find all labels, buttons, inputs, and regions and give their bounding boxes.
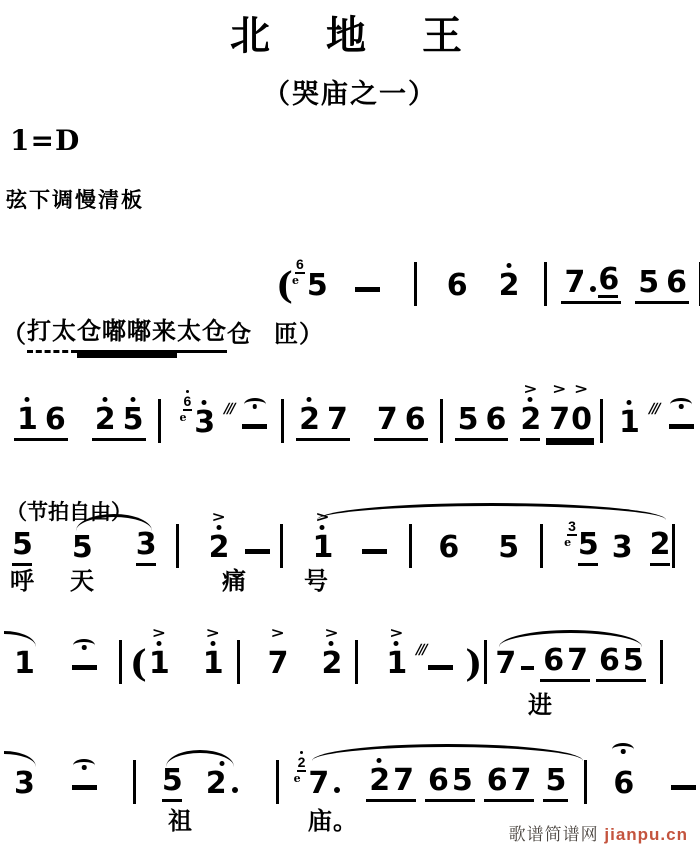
note-digit: 7 xyxy=(308,769,328,799)
grace-digit: 6 xyxy=(183,394,193,411)
note: 2> xyxy=(209,533,229,566)
note-digit: 5 xyxy=(498,533,518,563)
beam-group: 76 xyxy=(374,405,428,441)
dash-rest xyxy=(242,424,267,429)
octave-dot xyxy=(210,641,215,646)
beam-group: 65 xyxy=(596,646,646,682)
beam-group: 56 xyxy=(455,405,509,441)
barline xyxy=(119,640,122,684)
note-digit: 2 xyxy=(499,271,519,301)
slur-arc xyxy=(317,503,666,520)
note: 2 xyxy=(299,405,319,435)
barline xyxy=(409,524,412,568)
beam-group: 56 xyxy=(635,268,689,304)
octave-dot xyxy=(329,641,334,646)
note-digit: 5 xyxy=(638,268,658,298)
octave-dot xyxy=(307,397,312,402)
note-digit: 6 xyxy=(447,271,467,301)
lyric-syllable: 祖 xyxy=(168,810,193,834)
note: 1>/// xyxy=(386,649,406,682)
note-digit: 7 xyxy=(567,646,587,676)
percussion-segment: （ xyxy=(2,321,27,353)
octave-dot xyxy=(626,400,631,405)
note-digit: 3 xyxy=(194,408,214,438)
note: 6 xyxy=(438,533,458,566)
note-digit: 5 xyxy=(452,766,472,796)
note: 2 xyxy=(95,405,115,435)
octave-dot xyxy=(156,641,161,646)
barline xyxy=(600,399,603,443)
slur-arc xyxy=(312,744,583,761)
note-digit: 5 xyxy=(458,405,478,435)
page-subtitle: （哭庙之一） xyxy=(0,72,700,111)
hyphen xyxy=(521,666,534,671)
note: 7> xyxy=(268,649,288,682)
note: 1 xyxy=(17,405,37,435)
beam-group: 67 xyxy=(540,646,590,682)
music-line: 16256e3///2776562>7>0>1/// xyxy=(14,393,700,441)
score-page: { "header": { "title": "北 地 王", "subtitl… xyxy=(0,0,700,854)
dash-rest xyxy=(72,785,97,790)
beam-group: 5 xyxy=(543,766,569,802)
note: 7 xyxy=(495,649,515,682)
note-digit: 5 xyxy=(72,533,92,563)
note: 2 xyxy=(650,530,670,566)
note: 6 xyxy=(486,405,506,435)
octave-dot xyxy=(394,641,399,646)
octave-dot xyxy=(130,397,135,402)
barline xyxy=(672,524,675,568)
note-digit: 2 xyxy=(520,405,540,435)
note: 7 xyxy=(377,405,397,435)
grace-digit: 3 xyxy=(567,519,577,536)
note: 1 xyxy=(14,649,34,682)
accent-mark: > xyxy=(552,382,566,396)
note-digit: 2 xyxy=(299,405,319,435)
percussion-line: （打太仓嘟嘟来太仓仓匝） xyxy=(2,318,324,353)
accent-mark: > xyxy=(523,382,537,396)
beam-group: 25 xyxy=(92,405,146,441)
tremolo-mark: /// xyxy=(414,643,426,657)
augmentation-dot xyxy=(334,787,340,793)
note-digit: 2 xyxy=(650,530,670,560)
note-digit: 6 xyxy=(598,265,618,295)
beam-group: 65 xyxy=(425,766,475,802)
dash-rest xyxy=(428,665,453,670)
octave-dot xyxy=(320,525,325,530)
note: 5 xyxy=(638,268,658,298)
note: 7 xyxy=(564,268,596,298)
barline xyxy=(584,760,587,804)
fermata xyxy=(670,398,692,411)
percussion-segment: 太仓 xyxy=(177,318,227,353)
parenthesis: ( xyxy=(276,268,293,304)
note-digit: 7 xyxy=(327,405,347,435)
note-digit: 6 xyxy=(666,268,686,298)
barline xyxy=(484,640,487,684)
note: 6 xyxy=(45,405,65,435)
note: 2> xyxy=(322,649,342,682)
note-digit: 7 xyxy=(377,405,397,435)
note: 1/// xyxy=(619,408,639,441)
grace-digit: 2 xyxy=(297,755,307,772)
note: 3/// xyxy=(194,408,214,441)
watermark-site-url: jianpu.cn xyxy=(604,825,688,844)
note-digit: 5 xyxy=(162,766,182,796)
note: 7 xyxy=(327,405,347,435)
slur-group: 72765675 xyxy=(308,760,587,802)
note-digit: 2 xyxy=(322,649,342,679)
watermark-site-name: 歌谱简谱网 xyxy=(509,825,599,844)
note-digit: 7 xyxy=(511,766,531,796)
note: 6 xyxy=(543,646,563,676)
note: 1> xyxy=(313,533,333,566)
music-line: 1(1>1>7>2>1>///)76765 xyxy=(14,634,663,682)
note: 2 xyxy=(499,271,519,304)
slur-group: 1>653e532 xyxy=(313,519,670,566)
lyric-syllable: 进 xyxy=(528,694,553,718)
grace-note: 2e xyxy=(297,751,307,785)
beam-group: 16 xyxy=(14,405,68,441)
note: 5 xyxy=(307,271,327,304)
note: 1> xyxy=(149,649,169,682)
tremolo-mark: /// xyxy=(647,402,659,416)
parenthesis: ( xyxy=(130,646,147,682)
barline xyxy=(158,399,161,443)
slur-end-arc xyxy=(4,631,36,647)
barline xyxy=(276,760,279,804)
beam-group: 27 xyxy=(296,405,350,441)
note-digit: 6 xyxy=(599,646,619,676)
note-digit: 3 xyxy=(136,530,156,560)
note-digit: 7 xyxy=(393,766,413,796)
note: 5 xyxy=(123,405,143,435)
slur-group: 53 xyxy=(72,530,156,566)
note-digit: 5 xyxy=(123,405,143,435)
percussion-segment: 仓嘟嘟来 xyxy=(77,318,177,353)
lyric-syllable: 痛 xyxy=(222,570,247,594)
fermata xyxy=(612,743,634,756)
note: 5 xyxy=(12,530,32,566)
note-digit: 6 xyxy=(486,405,506,435)
note-digit: 5 xyxy=(623,646,643,676)
note-digit: 1 xyxy=(17,405,37,435)
dash-rest xyxy=(669,424,694,429)
augmentation-dot xyxy=(232,787,238,793)
note-digit: 5 xyxy=(578,530,598,560)
note-digit: 1 xyxy=(619,408,639,438)
lyric-syllable: 庙。 xyxy=(308,810,358,834)
accent-mark: > xyxy=(574,382,588,396)
note: 7 xyxy=(511,766,531,796)
accent-mark: > xyxy=(270,626,284,640)
note-digit: 7 xyxy=(549,405,569,435)
fermata xyxy=(244,398,266,411)
note-digit: 2 xyxy=(209,533,229,563)
note-digit: 2 xyxy=(206,769,226,799)
octave-dot xyxy=(377,758,382,763)
grace-curve: e xyxy=(294,773,301,784)
note-digit: 1 xyxy=(149,649,169,679)
fermata xyxy=(73,639,95,652)
note-digit: 6 xyxy=(405,405,425,435)
grace-digit: 6 xyxy=(295,257,305,274)
beam-group: 7>0> xyxy=(546,405,594,441)
note-digit: 6 xyxy=(487,766,507,796)
dash-rest xyxy=(72,665,97,670)
dash-rest xyxy=(245,549,270,554)
lyric-syllable: 天 xyxy=(70,570,95,594)
octave-dot xyxy=(219,761,224,766)
note-digit: 6 xyxy=(613,769,633,799)
augmentation-dot xyxy=(590,286,596,292)
grace-note: 6e xyxy=(295,257,305,286)
note-digit: 6 xyxy=(45,405,65,435)
beam-group: 76 xyxy=(561,265,621,304)
note: 2> xyxy=(520,405,540,441)
note-digit: 1 xyxy=(203,649,223,679)
note: 3 xyxy=(136,530,156,566)
barline xyxy=(355,640,358,684)
tempo-marking: 弦下调慢清板 xyxy=(6,184,144,214)
note: 7 xyxy=(393,766,413,796)
music-line: 5532>1>653e532 xyxy=(12,518,675,566)
barline xyxy=(544,262,547,306)
note-digit: 5 xyxy=(12,530,32,560)
note-digit: 3 xyxy=(14,769,34,799)
note: 5 xyxy=(162,766,182,802)
octave-dot xyxy=(216,525,221,530)
note: 6 xyxy=(428,766,448,796)
octave-dot xyxy=(102,397,107,402)
note: 6 xyxy=(405,405,425,435)
note: 7 xyxy=(308,769,340,802)
octave-dot xyxy=(528,397,533,402)
percussion-segment: 匝） xyxy=(274,321,324,353)
note: 3 xyxy=(14,769,34,802)
grace-curve: e xyxy=(180,412,187,423)
key-signature: 1=D xyxy=(10,124,80,157)
barline xyxy=(133,760,136,804)
note: 0> xyxy=(571,405,591,435)
note-digit: 5 xyxy=(546,766,566,796)
note-digit: 3 xyxy=(612,533,632,563)
note-digit: 5 xyxy=(307,271,327,301)
note: 5 xyxy=(72,533,92,566)
note: 2 xyxy=(206,769,238,802)
barline xyxy=(237,640,240,684)
note-digit: 2 xyxy=(95,405,115,435)
dash-rest xyxy=(362,549,387,554)
note: 7 xyxy=(567,646,587,676)
note: 5 xyxy=(498,533,518,566)
octave-dot xyxy=(202,400,207,405)
note-digit: 7 xyxy=(268,649,288,679)
grace-note: 6e xyxy=(183,390,193,424)
note: 6 xyxy=(599,646,619,676)
note: 6 xyxy=(487,766,507,796)
percussion-segment: 仓 xyxy=(227,321,252,353)
accent-mark: > xyxy=(152,626,166,640)
note: 6 xyxy=(447,271,467,304)
music-line: (6e5627656 xyxy=(276,256,700,304)
octave-dot xyxy=(506,263,511,268)
note: 1> xyxy=(203,649,223,682)
note: 5 xyxy=(458,405,478,435)
note: 7> xyxy=(549,405,569,435)
slur-group: 52 xyxy=(162,766,238,802)
grace-note: 3e xyxy=(567,519,577,548)
slur-end-arc xyxy=(4,751,36,767)
tremolo-mark: /// xyxy=(222,402,234,416)
note: 6 xyxy=(666,268,686,298)
note-digit: 7 xyxy=(495,649,515,679)
parenthesis: ) xyxy=(465,646,482,682)
barline xyxy=(440,399,443,443)
barline xyxy=(414,262,417,306)
note-digit: 2 xyxy=(369,766,389,796)
note: 3 xyxy=(612,533,632,566)
note-digit: 6 xyxy=(428,766,448,796)
note-digit: 6 xyxy=(543,646,563,676)
note: 5 xyxy=(623,646,643,676)
note: 5 xyxy=(452,766,472,796)
fermata xyxy=(73,759,95,772)
note-digit: 1 xyxy=(313,533,333,563)
grace-curve: e xyxy=(292,275,299,286)
barline xyxy=(540,524,543,568)
accent-mark: > xyxy=(389,626,403,640)
dash-rest xyxy=(671,785,696,790)
accent-mark: > xyxy=(206,626,220,640)
slur-group: 76765 xyxy=(495,646,645,682)
accent-mark: > xyxy=(324,626,338,640)
dash-rest xyxy=(355,287,380,292)
note: 5 xyxy=(578,530,598,566)
note-digit: 1 xyxy=(386,649,406,679)
note: 2 xyxy=(369,766,389,796)
note: 5 xyxy=(546,766,566,796)
music-line: 3522e727656756 xyxy=(14,754,700,802)
note-digit: 7 xyxy=(564,268,584,298)
grace-curve: e xyxy=(564,537,571,548)
note: 6 xyxy=(598,265,618,298)
barline xyxy=(660,640,663,684)
note-digit: 0 xyxy=(571,405,591,435)
accent-mark: > xyxy=(315,510,329,524)
barline xyxy=(281,399,284,443)
note-digit: 1 xyxy=(14,649,34,679)
percussion-segment: 打太 xyxy=(27,318,77,353)
watermark: 歌谱简谱网 jianpu.cn xyxy=(509,820,688,845)
barline xyxy=(280,524,283,568)
barline xyxy=(176,524,179,568)
beam-group: 27 xyxy=(366,766,416,802)
octave-dot xyxy=(24,397,29,402)
note-digit: 6 xyxy=(438,533,458,563)
beam-group: 67 xyxy=(484,766,534,802)
note: 6 xyxy=(613,769,633,802)
lyric-syllable: 呼 xyxy=(10,570,35,594)
accent-mark: > xyxy=(211,510,225,524)
page-title: 北 地 王 xyxy=(0,4,700,61)
lyric-syllable: 号 xyxy=(304,570,329,594)
